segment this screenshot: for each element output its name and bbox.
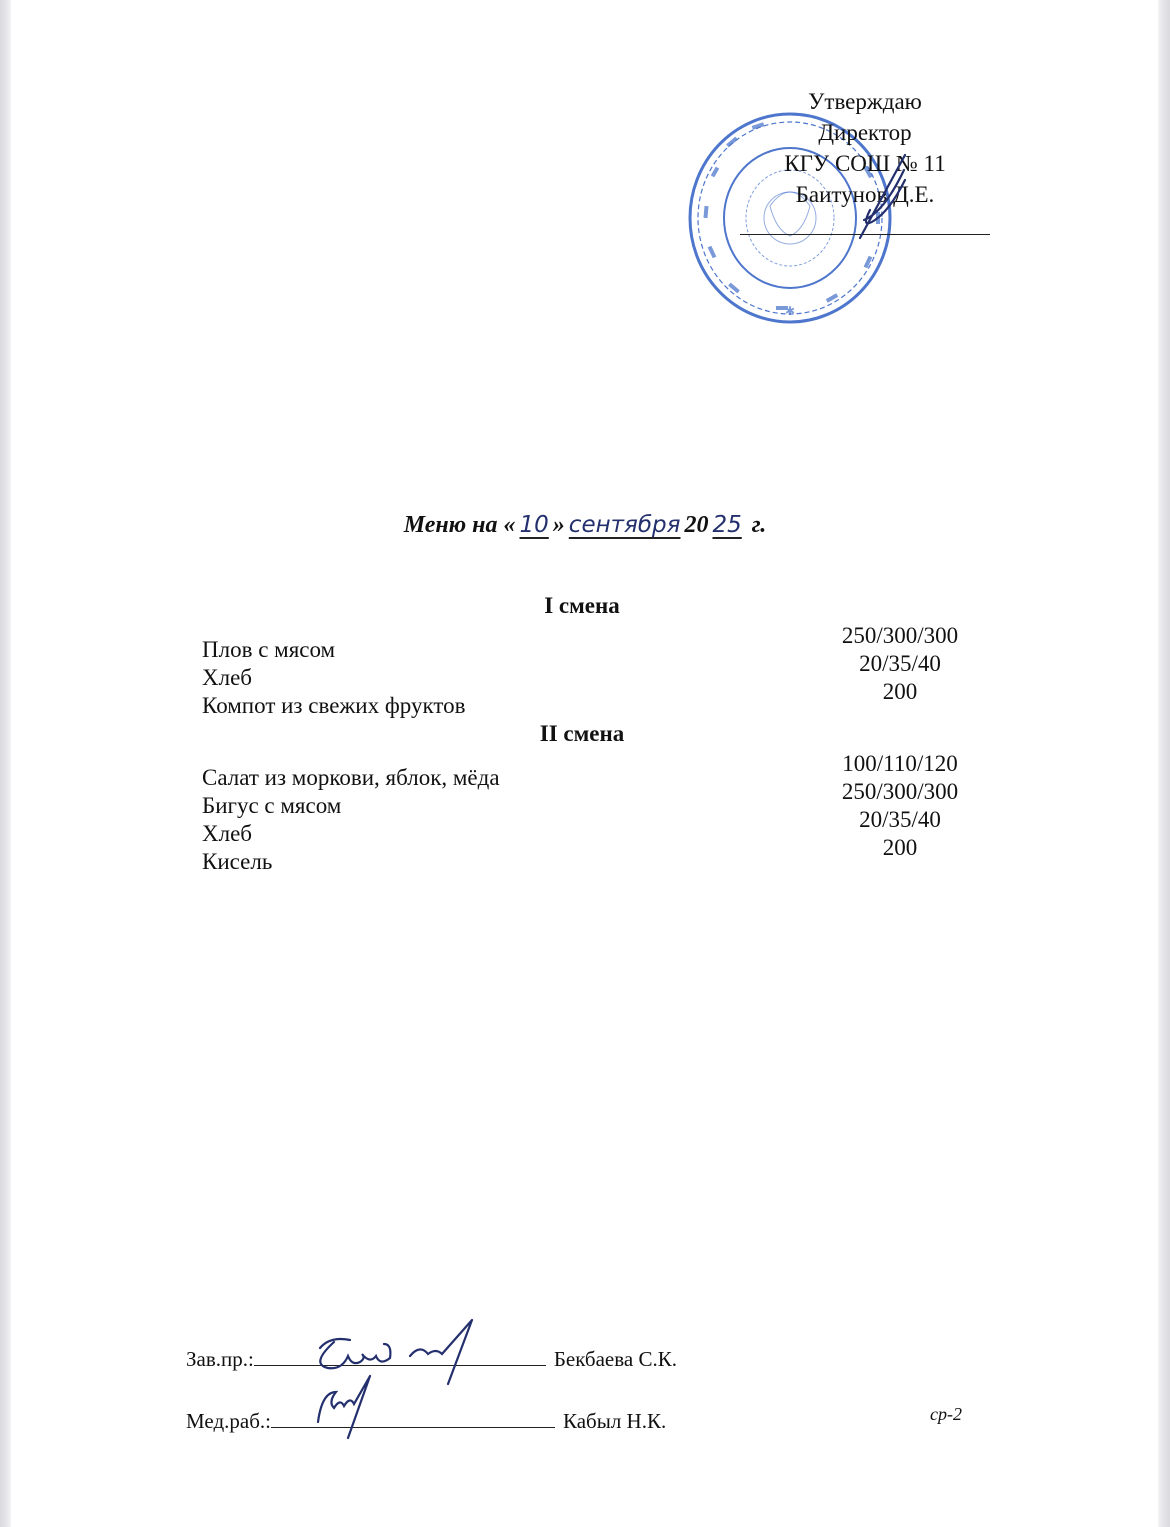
title-year-handwritten: 25 [708, 512, 745, 538]
page-edge-left [0, 0, 11, 1527]
title-month-handwritten: сентября [565, 512, 685, 538]
dish-name: Компот из свежих фруктов [202, 692, 465, 720]
menu-item: Хлеб 20/35/40 [202, 806, 962, 834]
approval-position: Директор [780, 117, 950, 148]
menu-list: I смена Плов с мясом 250/300/300 Хлеб 20… [202, 590, 962, 862]
dish-portion: 200 [800, 834, 1000, 862]
dish-portion: 250/300/300 [800, 622, 1000, 650]
approval-title: Утверждаю [780, 86, 950, 117]
title-day-handwritten: 10 [516, 512, 553, 538]
title-prefix: Меню на « [404, 512, 516, 538]
dish-portion: 250/300/300 [800, 778, 1000, 806]
menu-item: Плов с мясом 250/300/300 [202, 622, 962, 650]
signature-label: Мед.раб.: [186, 1409, 271, 1434]
dish-name: Кисель [202, 848, 272, 876]
signature-row-medical-worker: Мед.раб.:Кабыл Н.К. [186, 1409, 666, 1434]
shift-title: I смена [262, 590, 902, 622]
menu-item: Компот из свежих фруктов 200 [202, 678, 962, 706]
signatory-name: Кабыл Н.К. [563, 1409, 666, 1434]
signatory-name: Бекбаева С.К. [554, 1347, 677, 1372]
menu-title: Меню на «10»сентября2025 г. [0, 512, 1170, 539]
director-signature-icon [850, 150, 920, 240]
menu-item: Хлеб 20/35/40 [202, 650, 962, 678]
dish-portion: 20/35/40 [800, 650, 1000, 678]
shift-2: II смена Салат из моркови, яблок, мёда 1… [202, 718, 962, 862]
dish-portion: 100/110/120 [800, 750, 1000, 778]
page-edge-right [1158, 0, 1170, 1527]
signature-label: Зав.пр.: [186, 1347, 254, 1372]
document-code: ср-2 [930, 1404, 962, 1425]
menu-item: Бигус с мясом 250/300/300 [202, 778, 962, 806]
shift-1: I смена Плов с мясом 250/300/300 Хлеб 20… [202, 590, 962, 706]
menu-item: Салат из моркови, яблок, мёда 100/110/12… [202, 750, 962, 778]
dish-portion: 200 [800, 678, 1000, 706]
title-year-prefix: 20 [684, 512, 708, 538]
medical-worker-signature-icon [312, 1372, 382, 1442]
title-quote-close: » [553, 512, 565, 538]
title-suffix: г. [746, 512, 767, 538]
shift-title: II смена [262, 718, 902, 750]
dish-portion: 20/35/40 [800, 806, 1000, 834]
svg-text:✱: ✱ [785, 304, 795, 318]
menu-item: Кисель 200 [202, 834, 962, 862]
